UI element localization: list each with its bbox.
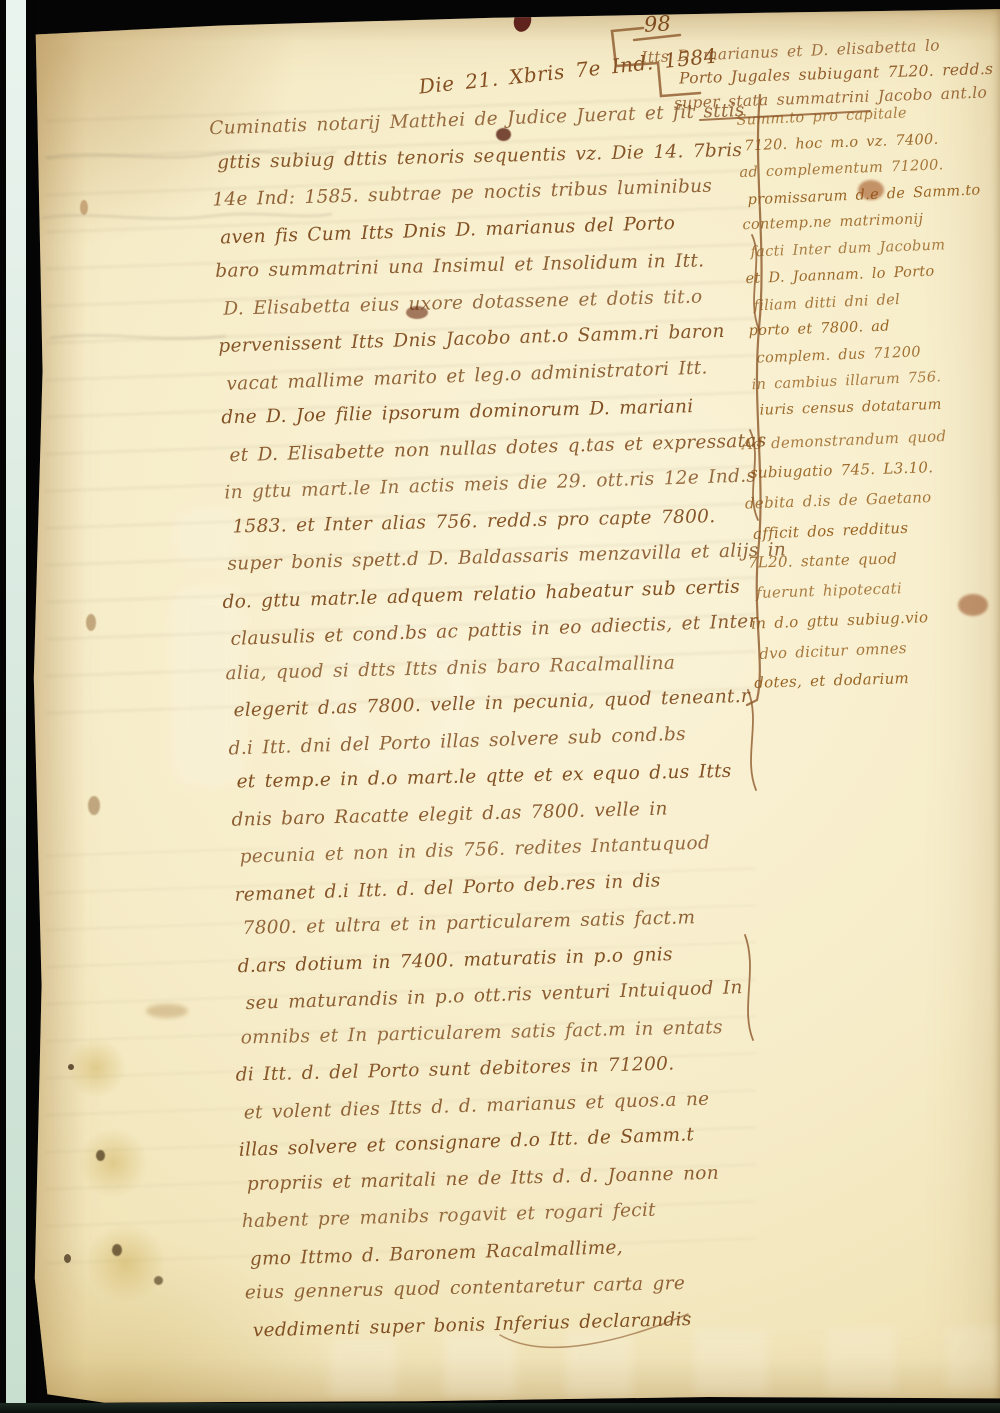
scanned-manuscript: 98 Itts D. marianus et D. elisabetta loP… (0, 0, 1000, 1413)
edge-stain (146, 1004, 188, 1018)
watermark-overlay (566, 1332, 632, 1396)
wormhole (154, 1276, 163, 1285)
wormhole (68, 1064, 74, 1070)
margin-note-1: Summ.to pro capitale7120. hoc m.o vz. 74… (742, 97, 1000, 424)
verso-ghost-line (50, 335, 226, 338)
edge-stain (80, 200, 88, 215)
stain-halo (66, 1038, 126, 1098)
scanner-bottom-shadow (0, 1403, 1000, 1413)
scanner-edge-strip (6, 0, 26, 1413)
margin-note-2: Ad demonstrandum quodsubiugatio 745. L3.… (747, 420, 1000, 699)
wormhole (64, 1254, 71, 1263)
watermark-overlay (694, 1330, 768, 1394)
main-text-block: Cuminatis notarij Matthei de Judice Juer… (215, 95, 769, 1350)
text-line: dotes, et dodarium (754, 660, 1000, 698)
stain-halo (78, 1128, 148, 1198)
watermark-overlay (826, 1328, 896, 1392)
stain-halo (86, 1223, 166, 1303)
edge-stain (86, 614, 96, 631)
wormhole (96, 1150, 105, 1161)
ink-blot (511, 8, 534, 34)
page-number: 98 (637, 11, 677, 38)
wormhole (112, 1244, 122, 1256)
manuscript-page: 98 Itts D. marianus et D. elisabetta loP… (26, 8, 1000, 1404)
watermark-overlay (946, 1326, 1000, 1390)
edge-stain (88, 796, 100, 815)
